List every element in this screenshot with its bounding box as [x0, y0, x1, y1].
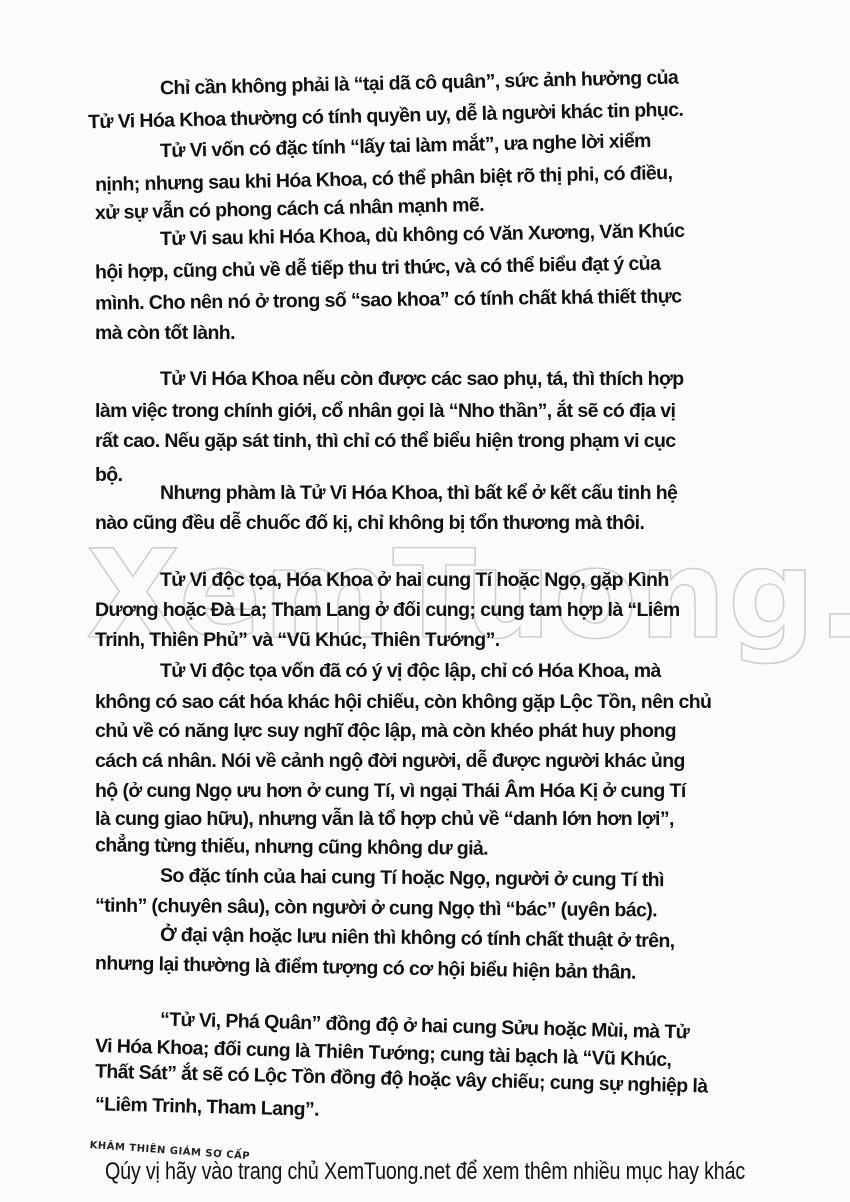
text-line: So đặc tính của hai cung Tí hoặc Ngọ, ng… [160, 863, 664, 893]
text-line: Tử Vi độc tọa vốn đã có ý vị độc lập, ch… [160, 658, 661, 684]
text-line: Trinh, Thiên Phủ” và “Vũ Khúc, Thiên Tướ… [95, 627, 500, 653]
text-line: Ở đại vận hoặc lưu niên thì không có tín… [160, 922, 675, 954]
text-line: “Liêm Trinh, Tham Lang”. [95, 1091, 320, 1122]
text-line: bộ. [95, 462, 122, 488]
text-line: rất cao. Nếu gặp sát tinh, thì chỉ có th… [95, 428, 676, 454]
text-line: nào cũng đều dễ chuốc đố kị, chỉ không b… [95, 510, 644, 536]
text-line: chẳng từng thiếu, nhưng cũng không dư gi… [95, 832, 488, 861]
text-line: “tinh” (chuyên sâu), còn người ở cung Ng… [95, 893, 657, 924]
text-line: chủ về có năng lực suy nghĩ độc lập, mà … [95, 718, 676, 744]
text-line: mình. Cho nên nó ở trong số “sao khoa” c… [95, 283, 682, 316]
text-line: là cung giao hữu), nhưng vẫn là tổ hợp c… [95, 806, 674, 832]
text-line: mà còn tốt lành. [95, 320, 235, 346]
text-line: hội hợp, cũng chủ về dễ tiếp thu tri thứ… [95, 251, 661, 286]
text-line: Tử Vi độc tọa, Hóa Khoa ở hai cung Tí ho… [160, 567, 669, 593]
text-line: Nhưng phàm là Tử Vi Hóa Khoa, thì bất kể… [160, 480, 677, 506]
text-line: cách cá nhân. Nói về cảnh ngộ đời người,… [95, 748, 685, 774]
text-line: nịnh; nhưng sau khi Hóa Khoa, có thể phâ… [95, 160, 673, 198]
text-line: làm việc trong chính giới, cổ nhân gọi l… [95, 398, 675, 424]
text-line: không có sao cát hóa khác hội chiếu, còn… [95, 689, 711, 715]
text-line: hộ (ở cung Ngọ ưu hơn ở cung Tí, vì ngại… [95, 778, 686, 804]
scanned-book-page: XemTuong.net Chỉ cần không phải là “tại … [0, 0, 850, 1202]
site-promo-banner: Qúy vị hãy vào trang chủ XemTuong.net để… [77, 1158, 774, 1186]
text-line: Chỉ cần không phải là “tại dã cô quân”, … [160, 65, 679, 102]
text-line: Tử Vi Hóa Khoa nếu còn được các sao phụ,… [160, 366, 684, 392]
text-line: nhưng lại thường là điểm tượng có cơ hội… [95, 950, 636, 985]
text-line: Tử Vi vốn có đặc tính “lấy tai làm mắt”,… [160, 128, 651, 164]
text-line: Dương hoặc Đà La; Tham Lang ở đối cung; … [95, 597, 680, 623]
